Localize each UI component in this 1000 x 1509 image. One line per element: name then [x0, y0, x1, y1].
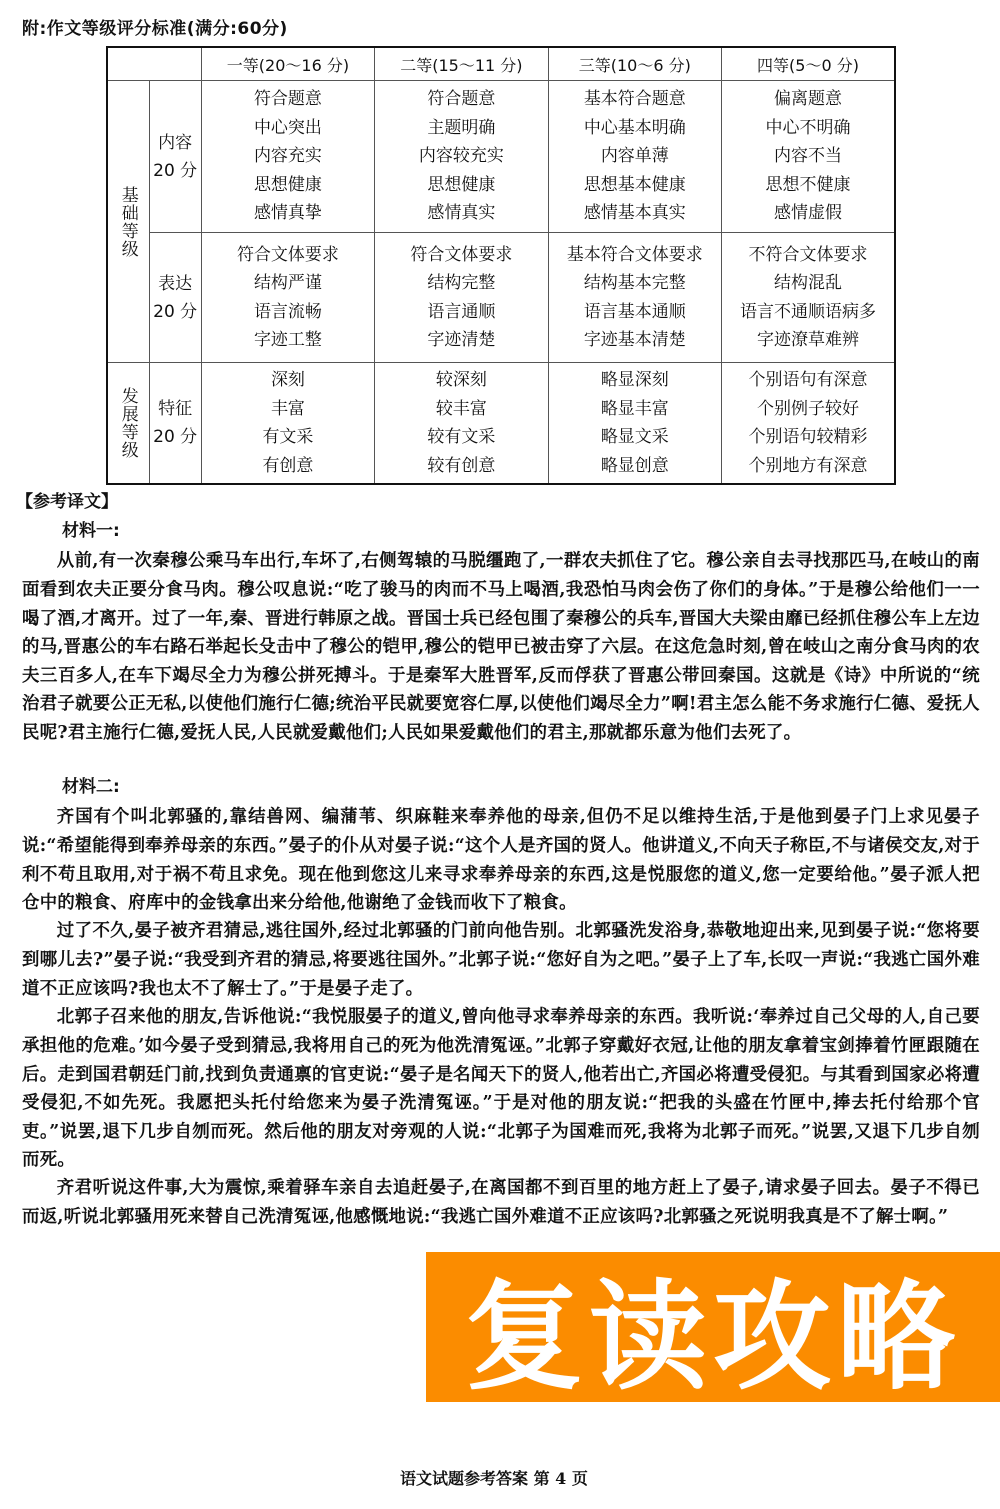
banner-text: 复读攻略 — [465, 1242, 961, 1412]
grade-header-3: 三等(10～6 分) — [548, 47, 721, 81]
page-footer: 语文试题参考答案 第 4 页 — [400, 1466, 588, 1489]
material-1-paragraph: 从前,有一次秦穆公乘马车出行,车坏了,右侧驾辕的马脱缰跑了,一群农夫抓住了它。穆… — [22, 547, 980, 747]
category-content: 内容 20 分 — [149, 81, 201, 233]
criteria-cell: 基本符合题意 中心基本明确 内容单薄 思想基本健康 感情基本真实 — [548, 81, 721, 233]
rubric-row-features: 发展等级 特征 20 分 深刻 丰富 有文采 有创意 较深刻 较丰富 较有文采 … — [107, 363, 895, 485]
reference-translation-heading: 【参考译文】 — [16, 487, 118, 512]
rubric-corner-cell — [107, 47, 201, 81]
grade-header-2: 二等(15～11 分) — [375, 47, 548, 81]
criteria-cell: 不符合文体要求 结构混乱 语言不通顺语病多 字迹潦草难辨 — [722, 233, 895, 363]
criteria-cell: 较深刻 较丰富 较有文采 较有创意 — [375, 363, 548, 485]
grade-header-4: 四等(5～0 分) — [722, 47, 895, 81]
appendix-title: 附:作文等级评分标准(满分:60分) — [22, 14, 288, 39]
material-2-paragraph-3: 北郭子召来他的朋友,告诉他说:“我悦服晏子的道义,曾向他寻求奉养母亲的东西。我听… — [22, 1003, 980, 1175]
material-2-paragraph-1: 齐国有个叫北郭骚的,靠结兽网、编蒲苇、织麻鞋来奉养他的母亲,但仍不足以维持生活,… — [22, 803, 980, 917]
criteria-cell: 符合题意 中心突出 内容充实 思想健康 感情真挚 — [201, 81, 374, 233]
watermark-banner: 复读攻略 — [426, 1252, 1000, 1402]
material-1-label: 材料一: — [62, 516, 120, 541]
criteria-cell: 符合文体要求 结构严谨 语言流畅 字迹工整 — [201, 233, 374, 363]
criteria-cell: 略显深刻 略显丰富 略显文采 略显创意 — [548, 363, 721, 485]
criteria-cell: 偏离题意 中心不明确 内容不当 思想不健康 感情虚假 — [722, 81, 895, 233]
category-expression: 表达 20 分 — [149, 233, 201, 363]
criteria-cell: 符合题意 主题明确 内容较充实 思想健康 感情真实 — [375, 81, 548, 233]
group-label-development: 发展等级 — [107, 363, 149, 485]
material-2-paragraph-4: 齐君听说这件事,大为震惊,乘着驿车亲自去追赶晏子,在离国都不到百里的地方赶上了晏… — [22, 1174, 980, 1231]
rubric-row-expression: 表达 20 分 符合文体要求 结构严谨 语言流畅 字迹工整 符合文体要求 结构完… — [107, 233, 895, 363]
essay-grading-rubric-table: 一等(20～16 分) 二等(15～11 分) 三等(10～6 分) 四等(5～… — [106, 46, 896, 485]
criteria-cell: 符合文体要求 结构完整 语言通顺 字迹清楚 — [375, 233, 548, 363]
rubric-row-content: 基础等级 内容 20 分 符合题意 中心突出 内容充实 思想健康 感情真挚 符合… — [107, 81, 895, 233]
grade-header-1: 一等(20～16 分) — [201, 47, 374, 81]
category-features: 特征 20 分 — [149, 363, 201, 485]
material-2-label: 材料二: — [62, 772, 120, 797]
criteria-cell: 个别语句有深意 个别例子较好 个别语句较精彩 个别地方有深意 — [722, 363, 895, 485]
rubric-header-row: 一等(20～16 分) 二等(15～11 分) 三等(10～6 分) 四等(5～… — [107, 47, 895, 81]
criteria-cell: 基本符合文体要求 结构基本完整 语言基本通顺 字迹基本清楚 — [548, 233, 721, 363]
group-label-basic: 基础等级 — [107, 81, 149, 363]
material-2-paragraph-2: 过了不久,晏子被齐君猜忌,逃往国外,经过北郭骚的门前向他告别。北郭骚洗发浴身,恭… — [22, 917, 980, 1003]
criteria-cell: 深刻 丰富 有文采 有创意 — [201, 363, 374, 485]
